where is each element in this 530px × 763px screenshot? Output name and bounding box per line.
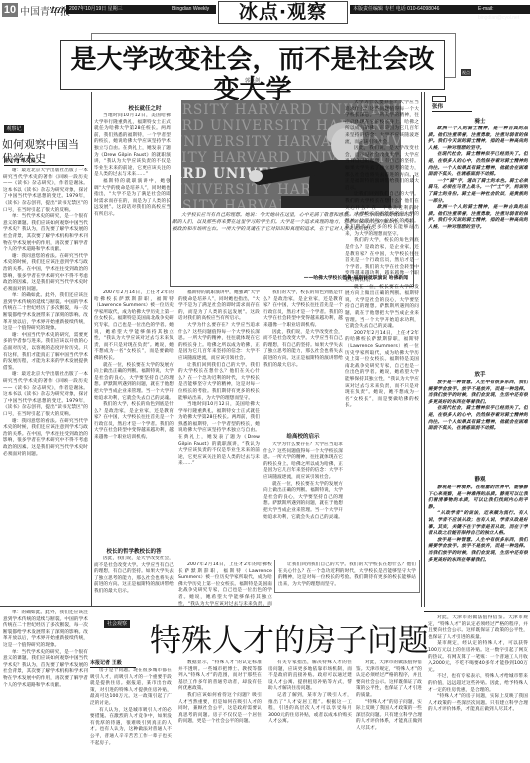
bottom-article-col1: 房子是个问题。现在很多城市都在吸引人才，而吸引人才的一个重要手段就是提供住房。据… — [90, 668, 172, 763]
viewpoint-tag: 视点 — [461, 69, 471, 76]
main-article-col1-end: 因此，我们说，是大学改变社会，而不是社会改变大学。大学应当有自己的理想，有自己的… — [94, 556, 174, 606]
main-article-col2-end: 2007年2月14日，上任才2年的哈佛校长萨默斯辞职，福斯特（Lawrence … — [178, 562, 272, 606]
main-article-col1: 当地时间10月12日，美国哈佛大学举行隆重典礼，福斯特女士正式就任为哈佛大学第2… — [94, 113, 171, 283]
main-article-col3: 我们的大学，校长的角色到底是什么？是政治家，是企业家，还是教育家？在中国，大学校… — [263, 290, 343, 428]
bottom-article-title: 特殊人才的房子问题 — [150, 624, 430, 658]
subhead-president-philosophy: 校长的哲学教校长的答 — [94, 547, 174, 555]
bottom-article-col2: 数据显示，“特殊人才”的认定标准并不透明。一些城市把博士、教授等都列入“特殊人才… — [178, 660, 262, 763]
right-column-author: 张伟 — [432, 103, 472, 112]
main-article-col3-lower: 大学为什么要存在？大学应当追求什么？这些问题值得每一个大学校长深思。一所大学的精… — [263, 442, 343, 557]
right-column-body-1: 欧洲一个人的骑士精神，是一种古典的品质。他们注重荣誉，注重勇敢，注重对弱者的保护… — [428, 126, 528, 326]
masthead: 10 中国青年报 2007年10月19日 星期三 Bingdian Weekly… — [0, 0, 530, 30]
main-article-col1-lower: 2007年2月14日，上任才2年的哈佛校长萨默斯辞职，福斯特（Lawrence … — [94, 290, 174, 558]
headline-box: 是大学改变社会，而不是社会改变大学 郭英剑 — [60, 40, 445, 90]
subhead-lesson: 给高校的启示 — [263, 432, 343, 440]
masthead-bar-left: 2007年10月19日 星期三 Bingdian Weekly — [66, 5, 216, 14]
masthead-bar-right: 本版责任编辑 专栏 电话 010-64098046 E-mail: bingdi… — [350, 5, 530, 14]
left-article-body: 谢：最近北京大学出版社出版了一本研究当代学术史的著作《回顾一段历史——《读书》杂… — [3, 168, 88, 608]
column-rule — [421, 92, 422, 607]
bottom-article-col3: 有关专家指出，解决特殊人才的住房问题，应该更多地依靠市场机制，而不是政府的直接补… — [268, 660, 352, 763]
subhead-knight: 骑士 — [430, 117, 530, 125]
main-headline: 是大学改变社会，而不是社会改变大学 — [61, 45, 444, 105]
section-title: 冰点·观察 — [218, 1, 348, 24]
bottom-article-tag: 社会观察 — [104, 620, 130, 628]
left-article-end: 单：的确如此。此外，我们还应该注意到学术传统的延续与断裂。中国的学术传统在二十世… — [3, 610, 88, 763]
bottom-article-author: 本报记者 王毅 — [90, 660, 136, 668]
section-divider — [424, 611, 530, 612]
page-number: 10 — [2, 3, 18, 17]
subhead-let-go: 放手 — [430, 370, 530, 378]
right-column-body-2: 放手是一种智慧。人生中有很多东西，我们需要学会放手。放手不是放弃，而是一种选择。… — [428, 380, 528, 472]
hatch-decoration — [50, 7, 66, 13]
left-article-authors: 谢子尚 单文昌 — [4, 158, 84, 166]
right-tag-box — [432, 96, 446, 102]
bottom-article-col5: 对此，天津市的做法值得借鉴。天津市规定，“特殊人才”的认定必须经过严格的程序，并… — [428, 615, 528, 763]
right-column-body-3: 静观是一种境界。在喧嚣的世界中，能够静下心来观察，是一种难得的品质。静观可以让我… — [428, 485, 528, 607]
editor-info: 本版责任编辑 专栏 电话 010-64098046 — [353, 5, 439, 14]
subhead-observe: 静观 — [430, 475, 530, 483]
subhead-inauguration: 校长就任之时 — [110, 104, 180, 112]
main-byline: 郭英剑 — [61, 77, 444, 84]
left-article-tag: 观察记 — [4, 125, 24, 133]
column-rule — [424, 92, 425, 607]
english-name: Bingdian Weekly — [172, 5, 209, 14]
column-rule — [91, 92, 92, 607]
main-article-final: 让我们回到我们自己的大学。我们的大学校长在想什么？他们在关心什么？在一个急功近利… — [278, 562, 416, 590]
main-article-col4: 大学为什么要存在？大学应当追求什么？这些问题值得每一个大学校长深思。一所大学的精… — [345, 100, 419, 605]
bottom-article-col4: 对此，天津市的做法值得借鉴。天津市规定，“特殊人才”的认定必须经过严格的程序，并… — [356, 660, 422, 763]
issue-date: 2007年10月19日 星期三 — [69, 5, 123, 14]
email: E-mail: bingdian@cyol.net — [478, 5, 530, 23]
main-article-col2: 福斯特的就职演讲中，她强调“大学的使命是培养人”，同时她也指出，“大学不是为了满… — [178, 290, 260, 606]
